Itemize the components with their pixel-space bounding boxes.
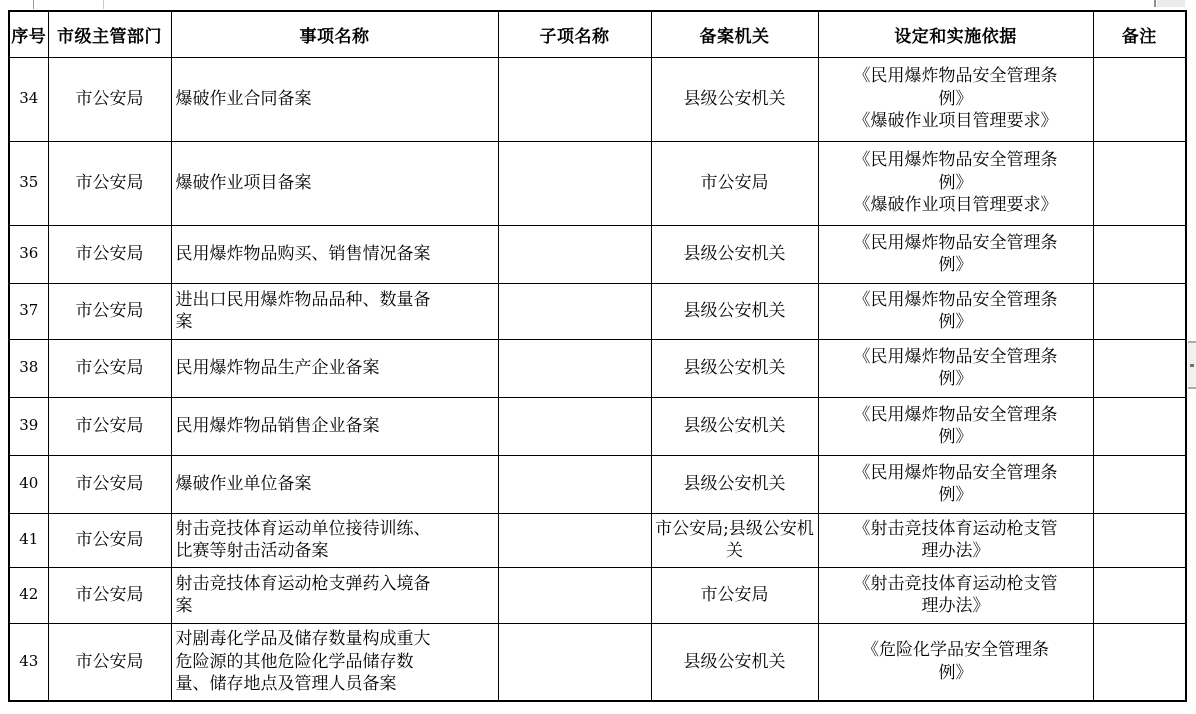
table-row: 43 市公安局 对剧毒化学品及储存数量构成重大危险源的其他危险化学品储存数量、储…: [9, 623, 1186, 701]
column-header-basis: 设定和实施依据: [818, 11, 1093, 57]
cell-serial-number: 39: [9, 397, 48, 455]
column-header-note: 备注: [1093, 11, 1186, 57]
cell-note: [1093, 141, 1186, 225]
cropped-ui-fragment: [103, 0, 104, 9]
cell-note: [1093, 455, 1186, 513]
table-row: 41 市公安局 射击竞技体育运动单位接待训练、比赛等射击活动备案 市公安局;县级…: [9, 513, 1186, 567]
cell-note: [1093, 623, 1186, 701]
cell-note: [1093, 283, 1186, 339]
cell-department: 市公安局: [48, 225, 171, 283]
cell-note: [1093, 57, 1186, 141]
table-row: 34 市公安局 爆破作业合同备案 县级公安机关 《民用爆炸物品安全管理条例》 《…: [9, 57, 1186, 141]
cell-filing-authority: 县级公安机关: [651, 623, 818, 701]
cell-serial-number: 35: [9, 141, 48, 225]
cropped-ui-fragment: [1154, 0, 1156, 7]
cell-department: 市公安局: [48, 339, 171, 397]
table-body: 34 市公安局 爆破作业合同备案 县级公安机关 《民用爆炸物品安全管理条例》 《…: [9, 57, 1186, 701]
cell-department: 市公安局: [48, 397, 171, 455]
cell-filing-authority: 县级公安机关: [651, 339, 818, 397]
column-header-item-name: 事项名称: [171, 11, 498, 57]
cell-filing-authority: 市公安局;县级公安机关: [651, 513, 818, 567]
cell-basis: 《民用爆炸物品安全管理条例》: [818, 283, 1093, 339]
column-header-department: 市级主管部门: [48, 11, 171, 57]
cell-basis: 《射击竞技体育运动枪支管理办法》: [818, 567, 1093, 623]
cell-subitem-name: [498, 339, 651, 397]
cell-subitem-name: [498, 623, 651, 701]
cell-item-name: 射击竞技体育运动枪支弹药入境备案: [171, 567, 498, 623]
scrollbar-thumb-icon: [1190, 364, 1194, 367]
cell-basis: 《民用爆炸物品安全管理条例》: [818, 397, 1093, 455]
cell-basis: 《民用爆炸物品安全管理条例》: [818, 455, 1093, 513]
table-row: 36 市公安局 民用爆炸物品购买、销售情况备案 县级公安机关 《民用爆炸物品安全…: [9, 225, 1186, 283]
column-header-filing-authority: 备案机关: [651, 11, 818, 57]
filing-items-table: 序号 市级主管部门 事项名称 子项名称 备案机关 设定和实施依据 备注 34 市…: [8, 10, 1187, 702]
cell-department: 市公安局: [48, 141, 171, 225]
cell-basis: 《民用爆炸物品安全管理条例》 《爆破作业项目管理要求》: [818, 141, 1093, 225]
cell-basis: 《危险化学品安全管理条例》: [818, 623, 1093, 701]
table-row: 42 市公安局 射击竞技体育运动枪支弹药入境备案 市公安局 《射击竞技体育运动枪…: [9, 567, 1186, 623]
cell-filing-authority: 县级公安机关: [651, 455, 818, 513]
cell-basis: 《民用爆炸物品安全管理条例》: [818, 339, 1093, 397]
cell-basis: 《民用爆炸物品安全管理条例》 《爆破作业项目管理要求》: [818, 57, 1093, 141]
cell-department: 市公安局: [48, 283, 171, 339]
cell-note: [1093, 225, 1186, 283]
cell-serial-number: 41: [9, 513, 48, 567]
cell-serial-number: 34: [9, 57, 48, 141]
header-row: 序号 市级主管部门 事项名称 子项名称 备案机关 设定和实施依据 备注: [9, 11, 1186, 57]
cell-basis: 《民用爆炸物品安全管理条例》: [818, 225, 1093, 283]
cell-filing-authority: 县级公安机关: [651, 225, 818, 283]
cell-department: 市公安局: [48, 623, 171, 701]
cell-subitem-name: [498, 283, 651, 339]
cell-filing-authority: 市公安局: [651, 141, 818, 225]
cell-serial-number: 43: [9, 623, 48, 701]
cell-department: 市公安局: [48, 57, 171, 141]
cell-serial-number: 36: [9, 225, 48, 283]
cell-subitem-name: [498, 397, 651, 455]
cell-subitem-name: [498, 57, 651, 141]
column-header-serial: 序号: [9, 11, 48, 57]
cell-serial-number: 42: [9, 567, 48, 623]
cell-department: 市公安局: [48, 455, 171, 513]
column-header-subitem-name: 子项名称: [498, 11, 651, 57]
table-row: 37 市公安局 进出口民用爆炸物品品种、数量备案 县级公安机关 《民用爆炸物品安…: [9, 283, 1186, 339]
cell-item-name: 进出口民用爆炸物品品种、数量备案: [171, 283, 498, 339]
cell-item-name: 民用爆炸物品生产企业备案: [171, 339, 498, 397]
cell-item-name: 民用爆炸物品购买、销售情况备案: [171, 225, 498, 283]
cell-serial-number: 37: [9, 283, 48, 339]
cell-item-name: 爆破作业项目备案: [171, 141, 498, 225]
cell-note: [1093, 339, 1186, 397]
cell-filing-authority: 县级公安机关: [651, 283, 818, 339]
cell-subitem-name: [498, 455, 651, 513]
cell-note: [1093, 567, 1186, 623]
table-row: 35 市公安局 爆破作业项目备案 市公安局 《民用爆炸物品安全管理条例》 《爆破…: [9, 141, 1186, 225]
table-row: 38 市公安局 民用爆炸物品生产企业备案 县级公安机关 《民用爆炸物品安全管理条…: [9, 339, 1186, 397]
vertical-scrollbar-fragment[interactable]: [1188, 341, 1196, 389]
cell-department: 市公安局: [48, 567, 171, 623]
cell-serial-number: 40: [9, 455, 48, 513]
cell-subitem-name: [498, 141, 651, 225]
cell-serial-number: 38: [9, 339, 48, 397]
cell-item-name: 爆破作业合同备案: [171, 57, 498, 141]
cell-item-name: 民用爆炸物品销售企业备案: [171, 397, 498, 455]
cell-note: [1093, 397, 1186, 455]
cropped-ui-fragment: [33, 0, 34, 9]
cell-subitem-name: [498, 567, 651, 623]
cell-basis: 《射击竞技体育运动枪支管理办法》: [818, 513, 1093, 567]
cell-subitem-name: [498, 513, 651, 567]
cell-department: 市公安局: [48, 513, 171, 567]
cropped-ui-fragment: [1157, 0, 1185, 7]
table-row: 40 市公安局 爆破作业单位备案 县级公安机关 《民用爆炸物品安全管理条例》: [9, 455, 1186, 513]
table-row: 39 市公安局 民用爆炸物品销售企业备案 县级公安机关 《民用爆炸物品安全管理条…: [9, 397, 1186, 455]
cell-item-name: 对剧毒化学品及储存数量构成重大危险源的其他危险化学品储存数量、储存地点及管理人员…: [171, 623, 498, 701]
document-canvas: 序号 市级主管部门 事项名称 子项名称 备案机关 设定和实施依据 备注 34 市…: [0, 0, 1196, 714]
cell-item-name: 爆破作业单位备案: [171, 455, 498, 513]
cell-subitem-name: [498, 225, 651, 283]
cell-filing-authority: 县级公安机关: [651, 57, 818, 141]
cell-item-name: 射击竞技体育运动单位接待训练、比赛等射击活动备案: [171, 513, 498, 567]
cell-filing-authority: 县级公安机关: [651, 397, 818, 455]
cell-filing-authority: 市公安局: [651, 567, 818, 623]
cell-note: [1093, 513, 1186, 567]
